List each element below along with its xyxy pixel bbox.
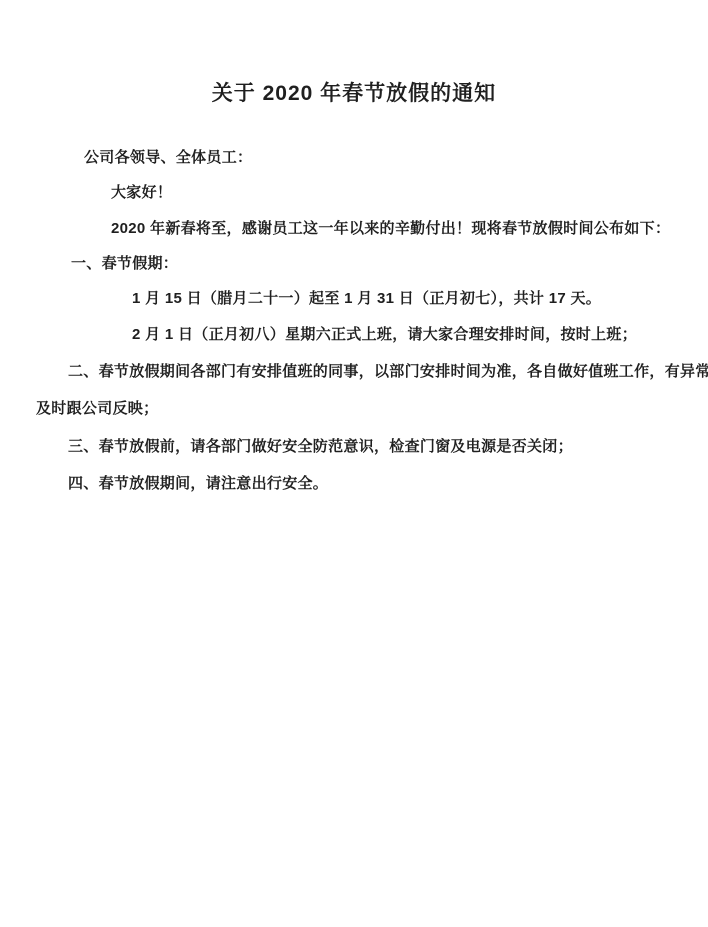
section-3-safety-check: 三、春节放假前，请各部门做好安全防范意识，检查门窗及电源是否关闭； (68, 438, 573, 456)
scanned-notice-page: 关于 2020 年春节放假的通知 公司各领导、全体员工： 大家好！ 2020 年… (0, 0, 708, 927)
section-1-detail-holiday-dates: 1 月 15 日（腊月二十一）起至 1 月 31 日（正月初七），共计 17 天… (132, 290, 601, 308)
section-4-travel-safety: 四、春节放假期间，请注意出行安全。 (68, 475, 328, 493)
section-2-line-2: 及时跟公司反映； (36, 400, 158, 418)
greeting-line: 大家好！ (111, 184, 172, 202)
intro-line: 2020 年新春将至，感谢员工这一年以来的辛勤付出！现将春节放假时间公布如下： (111, 220, 670, 238)
document-title: 关于 2020 年春节放假的通知 (0, 82, 708, 106)
salutation-line: 公司各领导、全体员工： (84, 149, 252, 167)
section-1-detail-return-to-work: 2 月 1 日（正月初八）星期六正式上班，请大家合理安排时间，按时上班； (132, 326, 637, 344)
section-2-line-1: 二、春节放假期间各部门有安排值班的同事，以部门安排时间为准，各自做好值班工作，有… (68, 363, 708, 381)
section-1-heading: 一、春节假期： (71, 255, 178, 273)
